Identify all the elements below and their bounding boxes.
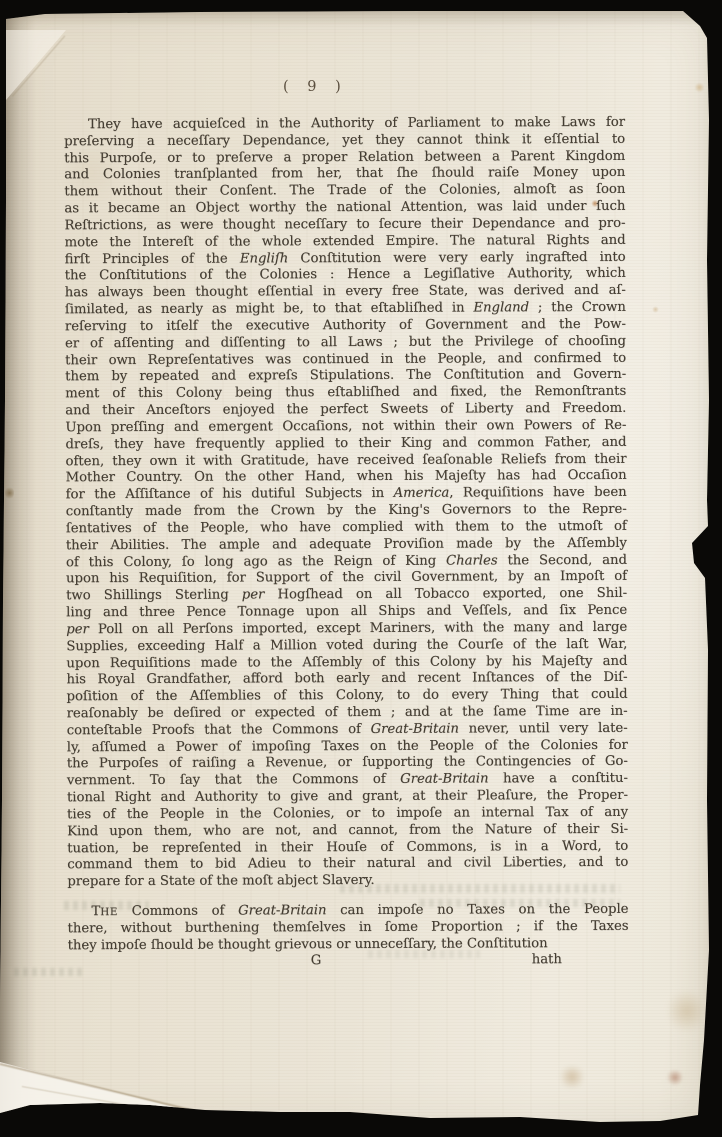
paragraph: They have acquieſced in the Authority of… <box>64 115 628 892</box>
top-edge-shadow <box>0 10 722 26</box>
page-number: ( 9 ) <box>283 79 348 95</box>
stain <box>652 306 659 313</box>
signature-line: Ghath <box>68 951 629 970</box>
catchword: hath <box>532 952 562 967</box>
stain <box>668 988 706 1034</box>
text-block: They have acquieſced in the Authority of… <box>64 115 629 971</box>
stain <box>558 1066 586 1088</box>
text-line: command them to bid Adieu to their natur… <box>67 855 628 874</box>
paragraph: THE Commons of Great-Britain can impoſe … <box>67 902 628 955</box>
signature-mark: G <box>311 953 322 968</box>
stain <box>694 83 705 92</box>
gutter-shadow <box>0 0 36 1137</box>
stain <box>666 1070 684 1085</box>
stain <box>5 486 14 500</box>
page: ( 9 ) They have acquieſced in the Author… <box>0 0 722 1137</box>
text-line: prepare for a State of the moſt abject S… <box>67 872 628 891</box>
scan-background: ( 9 ) They have acquieſced in the Author… <box>0 0 722 1137</box>
